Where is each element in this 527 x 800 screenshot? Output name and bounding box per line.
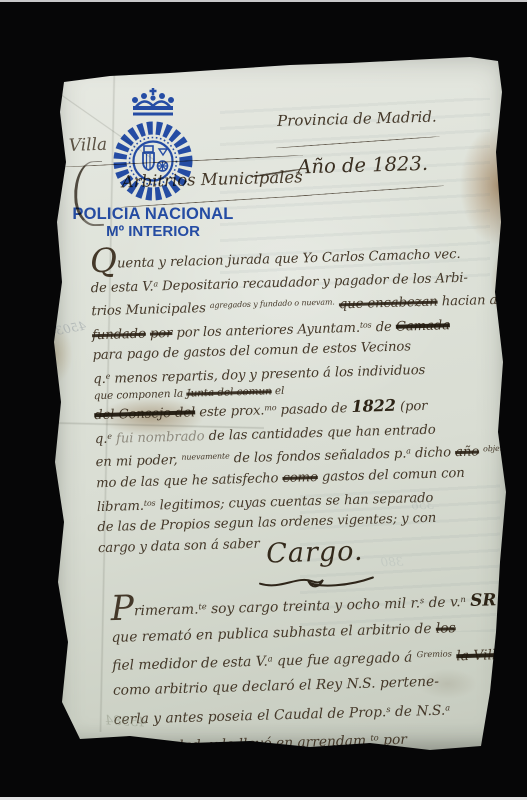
bleedthrough-number: 380	[380, 555, 403, 570]
account-declaration-paragraph: Quenta y relacion jurada que Yo Carlos C…	[90, 242, 527, 559]
marginal-number: 45034	[47, 319, 87, 340]
cargo-heading: Cargo.	[266, 536, 364, 570]
first-charge-paragraph: Primeram.te soy cargo treinta y ocho mil…	[110, 586, 507, 762]
cargo-flourish	[257, 570, 377, 591]
paper-sheet: Villa Arbitrios Municipales Provincia de…	[50, 52, 512, 754]
watermark-ministry-label: Mº INTERIOR	[70, 224, 236, 240]
document-photo: Villa Arbitrios Municipales Provincia de…	[50, 52, 512, 754]
province-label: Provincia de Madrid.	[277, 108, 437, 130]
marginal-number: 45984	[104, 713, 146, 730]
bleedthrough-number: 356	[411, 498, 434, 513]
year-label: Año de 1823.	[297, 152, 428, 179]
policia-nacional-watermark: POLICIA NACIONAL Mº INTERIOR	[70, 86, 236, 240]
ink-rule	[294, 185, 444, 196]
ink-rule	[276, 136, 440, 148]
watermark-agency-label: POLICIA NACIONAL	[70, 206, 236, 224]
police-badge-icon	[104, 86, 202, 206]
photo-edge-top	[0, 0, 527, 2]
